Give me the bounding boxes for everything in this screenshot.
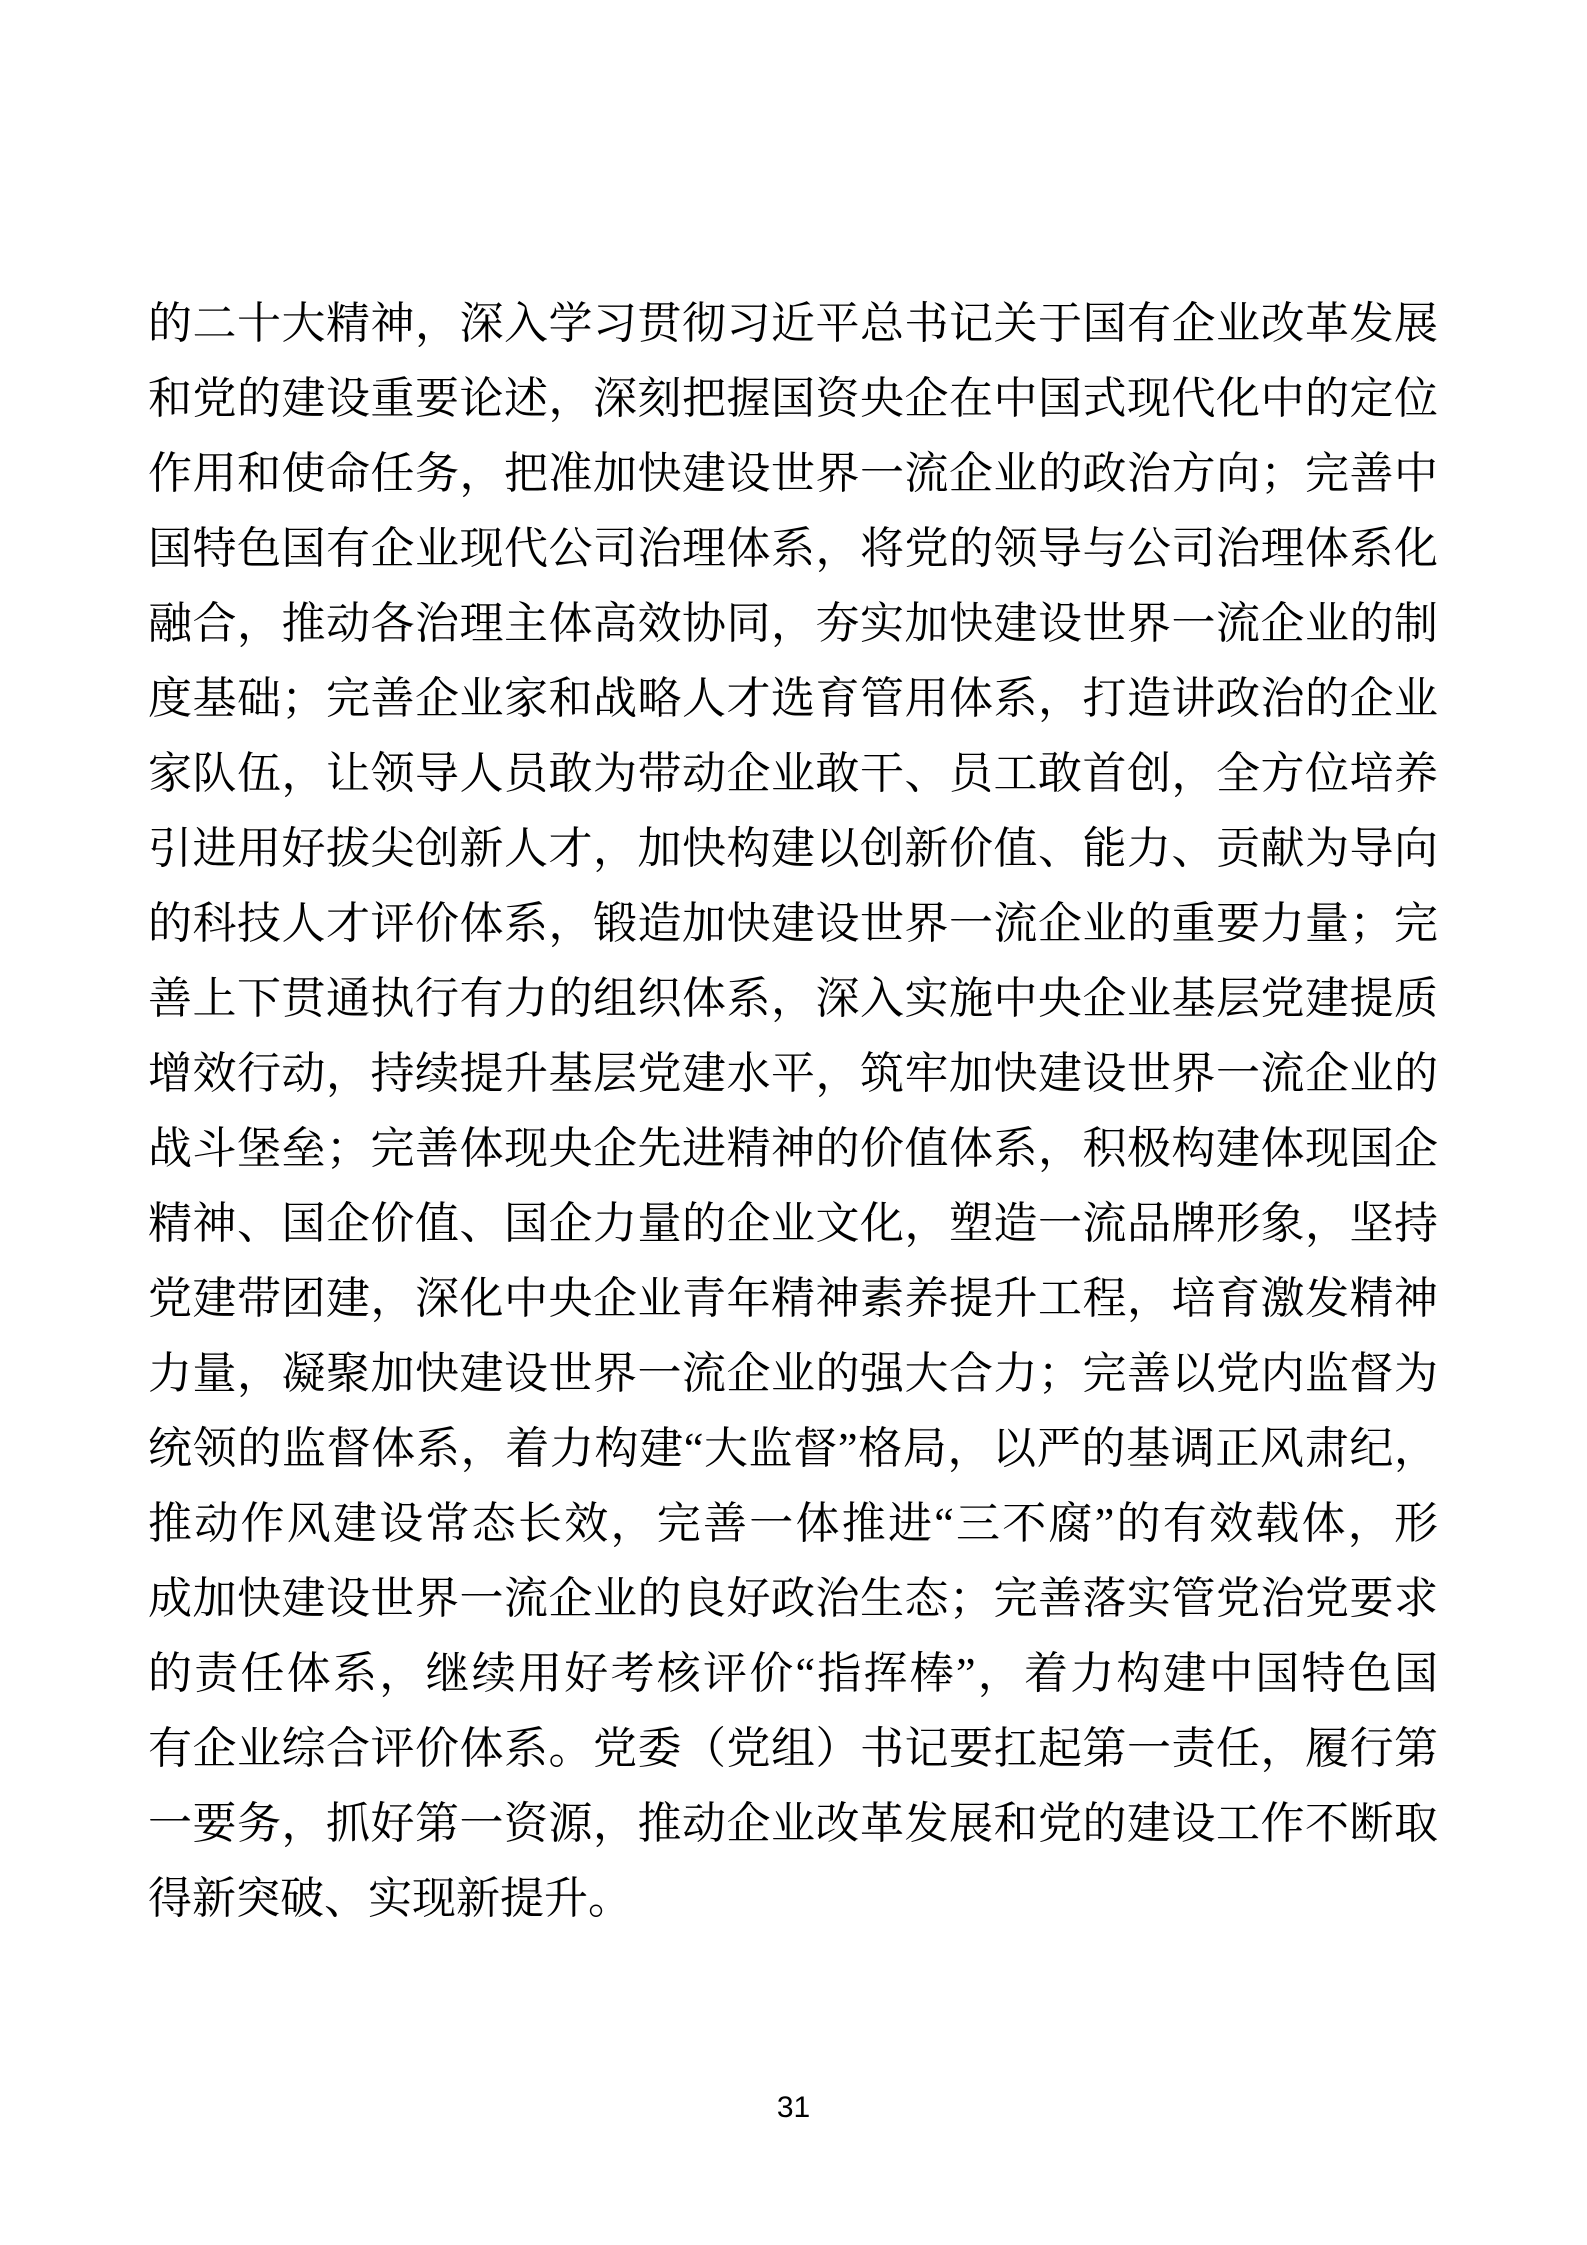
text-line: 力量，凝聚加快建设世界一流企业的强大合力；完善以党内监督为 bbox=[148, 1336, 1438, 1411]
text-line: 统领的监督体系，着力构建“大监督”格局，以严的基调正风肃纪， bbox=[148, 1411, 1438, 1486]
text-line: 的二十大精神，深入学习贯彻习近平总书记关于国有企业改革发展 bbox=[148, 286, 1438, 361]
text-line: 引进用好拔尖创新人才，加快构建以创新价值、能力、贡献为导向 bbox=[148, 811, 1438, 886]
page-number: 31 bbox=[0, 2090, 1587, 2126]
text-line: 增效行动，持续提升基层党建水平，筑牢加快建设世界一流企业的 bbox=[148, 1036, 1438, 1111]
text-line: 的责任体系，继续用好考核评价“指挥棒”，着力构建中国特色国 bbox=[148, 1636, 1438, 1711]
text-line: 一要务，抓好第一资源，推动企业改革发展和党的建设工作不断取 bbox=[148, 1786, 1438, 1861]
text-line: 有企业综合评价体系。党委（党组）书记要扛起第一责任，履行第 bbox=[148, 1711, 1438, 1786]
document-page: 的二十大精神，深入学习贯彻习近平总书记关于国有企业改革发展和党的建设重要论述，深… bbox=[0, 0, 1587, 2245]
text-line: 战斗堡垒；完善体现央企先进精神的价值体系，积极构建体现国企 bbox=[148, 1111, 1438, 1186]
text-line: 国特色国有企业现代公司治理体系，将党的领导与公司治理体系化 bbox=[148, 511, 1438, 586]
text-line: 融合，推动各治理主体高效协同，夯实加快建设世界一流企业的制 bbox=[148, 586, 1438, 661]
text-line: 度基础；完善企业家和战略人才选育管用体系，打造讲政治的企业 bbox=[148, 661, 1438, 736]
body-paragraph: 的二十大精神，深入学习贯彻习近平总书记关于国有企业改革发展和党的建设重要论述，深… bbox=[148, 286, 1438, 1936]
text-line: 家队伍，让领导人员敢为带动企业敢干、员工敢首创，全方位培养 bbox=[148, 736, 1438, 811]
text-line: 善上下贯通执行有力的组织体系，深入实施中央企业基层党建提质 bbox=[148, 961, 1438, 1036]
text-line: 得新突破、实现新提升。 bbox=[148, 1861, 1438, 1936]
text-line: 和党的建设重要论述，深刻把握国资央企在中国式现代化中的定位 bbox=[148, 361, 1438, 436]
text-line: 作用和使命任务，把准加快建设世界一流企业的政治方向；完善中 bbox=[148, 436, 1438, 511]
text-line: 党建带团建，深化中央企业青年精神素养提升工程，培育激发精神 bbox=[148, 1261, 1438, 1336]
text-line: 成加快建设世界一流企业的良好政治生态；完善落实管党治党要求 bbox=[148, 1561, 1438, 1636]
text-line: 推动作风建设常态长效，完善一体推进“三不腐”的有效载体，形 bbox=[148, 1486, 1438, 1561]
text-line: 精神、国企价值、国企力量的企业文化，塑造一流品牌形象，坚持 bbox=[148, 1186, 1438, 1261]
text-line: 的科技人才评价体系，锻造加快建设世界一流企业的重要力量；完 bbox=[148, 886, 1438, 961]
